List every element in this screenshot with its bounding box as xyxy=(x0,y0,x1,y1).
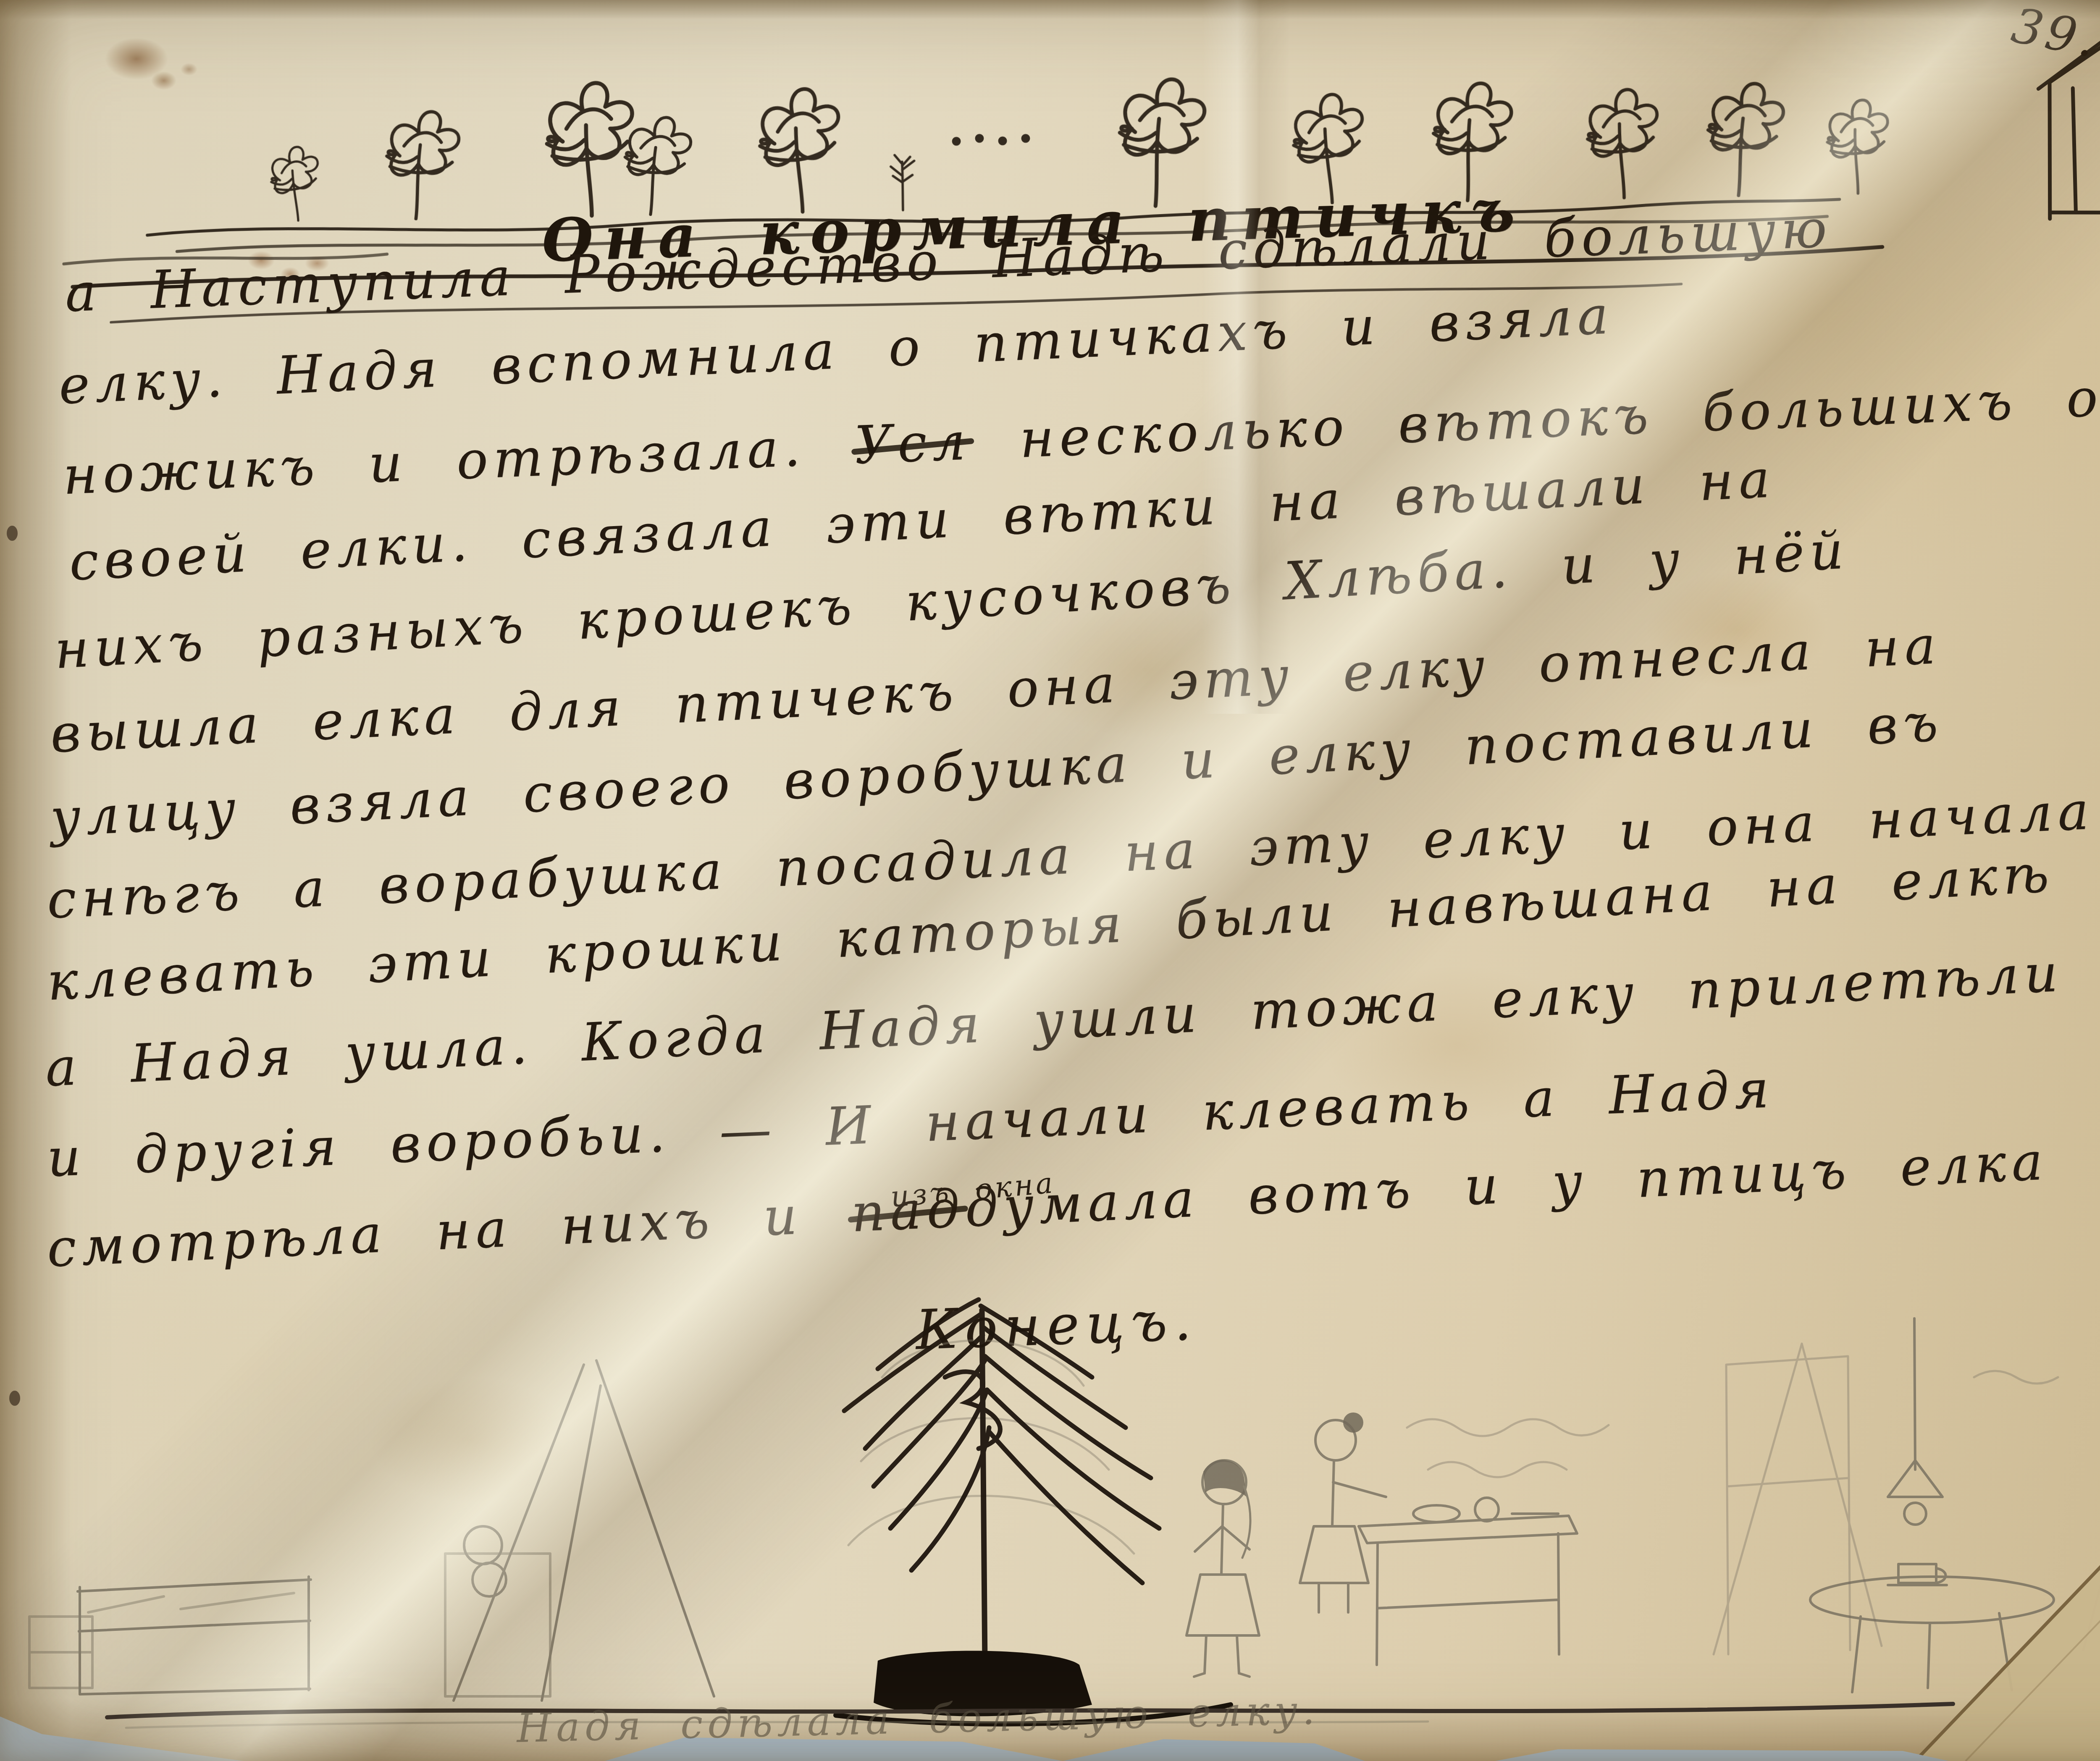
table-sketch xyxy=(1359,1498,1577,1665)
manuscript-page: 39. Она кормила птичкъ а Наступила Рожде… xyxy=(0,0,2100,1761)
binding-hole xyxy=(9,1391,20,1406)
lamp-sketch xyxy=(1888,1318,1942,1525)
curtain-sketch xyxy=(445,1360,714,1701)
christmas-tree-drawing xyxy=(836,1300,1231,1724)
wardrobe-sketch xyxy=(1714,1344,1882,1654)
line-text: ножикъ и отрѣзала. xyxy=(62,416,856,506)
binding-hole xyxy=(7,526,18,541)
struck-word: Усл xyxy=(853,410,972,477)
line-text: думала вотъ и у птицъ елка xyxy=(964,1131,2050,1239)
bed-sketch xyxy=(29,1577,311,1694)
girl-figure-drawing xyxy=(1186,1460,1259,1677)
bleedthrough-scribbles xyxy=(1407,1371,2058,1477)
second-child-drawing xyxy=(1300,1412,1386,1612)
folded-corner xyxy=(1915,1436,2100,1761)
line-text: несколько вѣтокъ большихъ отъ xyxy=(969,364,2100,472)
bottom-scene-drawing xyxy=(0,1251,2100,1761)
